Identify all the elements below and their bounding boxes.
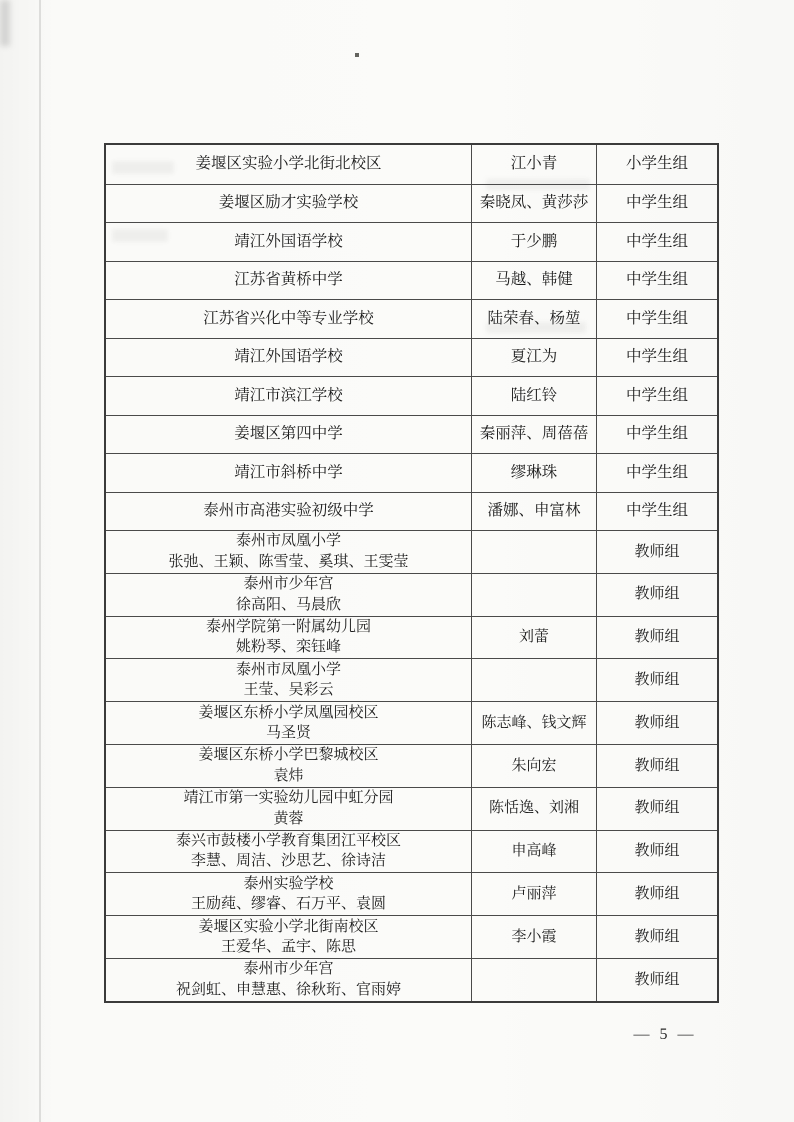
- group-label: 中学生组: [626, 463, 688, 483]
- group-cell: 中学生组: [597, 454, 717, 492]
- instructor-names: 秦丽萍、周蓓蓓: [480, 424, 589, 444]
- instructor-names: 潘娜、申富林: [487, 501, 580, 521]
- school-name: 靖江市斜桥中学: [234, 463, 343, 483]
- table-row: 江苏省黄桥中学马越、韩健中学生组: [106, 261, 717, 300]
- instructor-cell: 卢丽萍: [472, 873, 597, 915]
- table-row: 姜堰区东桥小学巴黎城校区袁炜朱向宏教师组: [106, 744, 717, 787]
- instructor-names: 马越、韩健: [495, 270, 573, 290]
- table-row: 泰州市凤凰小学王莹、吴彩云教师组: [106, 658, 717, 701]
- table-row: 江苏省兴化中等专业学校陆荣春、杨堃中学生组: [106, 299, 717, 338]
- school-cell: 姜堰区励才实验学校: [106, 185, 472, 223]
- instructor-cell: 秦丽萍、周蓓蓓: [472, 416, 597, 454]
- school-cell: 靖江外国语学校: [106, 339, 472, 377]
- instructor-cell: 陆红铃: [472, 377, 597, 415]
- school-cell: 靖江市第一实验幼儿园中虹分园黄蓉: [106, 788, 472, 830]
- group-cell: 教师组: [597, 659, 717, 701]
- scanned-document-page: 姜堰区实验小学北街北校区江小青小学生组姜堰区励才实验学校秦晓凤、黄莎莎中学生组靖…: [0, 0, 794, 1122]
- group-cell: 中学生组: [597, 223, 717, 261]
- group-label: 教师组: [634, 670, 679, 691]
- group-cell: 教师组: [597, 959, 717, 1001]
- school-cell: 泰州市凤凰小学王莹、吴彩云: [106, 659, 472, 701]
- school-cell: 泰州市少年宫徐高阳、马晨欣: [106, 574, 472, 616]
- school-name: 姜堰区东桥小学凤凰园校区: [198, 703, 378, 724]
- group-cell: 教师组: [597, 745, 717, 787]
- group-cell: 教师组: [597, 574, 717, 616]
- school-name: 姜堰区励才实验学校: [219, 193, 359, 213]
- school-name: 姜堰区东桥小学巴黎城校区: [198, 745, 378, 766]
- table-row: 靖江外国语学校于少鹏中学生组: [106, 222, 717, 261]
- group-cell: 中学生组: [597, 493, 717, 531]
- instructor-names: 朱向宏: [511, 756, 556, 777]
- instructor-cell: 夏江为: [472, 339, 597, 377]
- table-row: 泰州市少年宫祝剑虹、申慧惠、徐秋珩、官雨婷教师组: [106, 958, 717, 1001]
- group-cell: 中学生组: [597, 377, 717, 415]
- table-row: 姜堰区实验小学北街北校区江小青小学生组: [106, 145, 717, 184]
- member-names: 袁炜: [273, 766, 303, 787]
- school-name: 泰兴市鼓楼小学教育集团江平校区: [176, 831, 401, 852]
- group-label: 中学生组: [626, 270, 688, 290]
- group-cell: 教师组: [597, 531, 717, 573]
- group-label: 教师组: [634, 756, 679, 777]
- group-label: 中学生组: [626, 232, 688, 252]
- instructor-cell: 朱向宏: [472, 745, 597, 787]
- school-name: 靖江外国语学校: [234, 347, 343, 367]
- instructor-cell: 江小青: [472, 145, 597, 184]
- table-row: 靖江市第一实验幼儿园中虹分园黄蓉陈恬逸、刘湘教师组: [106, 787, 717, 830]
- member-names: 黄蓉: [273, 809, 303, 830]
- instructor-cell: 秦晓凤、黄莎莎: [472, 185, 597, 223]
- member-names: 张弛、王颖、陈雪莹、奚琪、王雯莹: [168, 552, 408, 573]
- school-name: 江苏省黄桥中学: [234, 270, 343, 290]
- group-label: 教师组: [634, 970, 679, 991]
- school-name: 泰州实验学校: [243, 874, 333, 895]
- table-row: 姜堰区励才实验学校秦晓凤、黄莎莎中学生组: [106, 184, 717, 223]
- school-name: 泰州市少年宫: [243, 574, 333, 595]
- instructor-names: 陆红铃: [511, 386, 558, 406]
- school-name: 靖江市滨江学校: [234, 386, 343, 406]
- instructor-cell: 陈志峰、钱文辉: [472, 702, 597, 744]
- instructor-names: 缪琳珠: [511, 463, 558, 483]
- table-row: 泰州学院第一附属幼儿园姚粉琴、栾钰峰刘蕾教师组: [106, 616, 717, 659]
- instructor-names: 申高峰: [511, 841, 556, 862]
- group-cell: 教师组: [597, 916, 717, 958]
- school-name: 姜堰区第四中学: [234, 424, 343, 444]
- scan-corner-shadow: [0, 0, 10, 46]
- instructor-cell: [472, 659, 597, 701]
- member-names: 李慧、周洁、沙思艺、徐诗洁: [191, 851, 386, 872]
- school-cell: 泰州市高港实验初级中学: [106, 493, 472, 531]
- school-name: 姜堰区实验小学北街北校区: [195, 154, 381, 174]
- instructor-names: 秦晓凤、黄莎莎: [480, 193, 589, 213]
- instructor-cell: [472, 531, 597, 573]
- instructor-names: 卢丽萍: [511, 884, 556, 905]
- school-name: 泰州市少年宫: [243, 959, 333, 980]
- instructor-cell: 李小霞: [472, 916, 597, 958]
- scan-fold-line: [39, 0, 41, 1122]
- school-cell: 姜堰区第四中学: [106, 416, 472, 454]
- instructor-names: 刘蕾: [519, 627, 549, 648]
- results-table: 姜堰区实验小学北街北校区江小青小学生组姜堰区励才实验学校秦晓凤、黄莎莎中学生组靖…: [104, 143, 719, 1003]
- member-names: 王莹、吴彩云: [243, 680, 333, 701]
- instructor-cell: 陈恬逸、刘湘: [472, 788, 597, 830]
- member-names: 祝剑虹、申慧惠、徐秋珩、官雨婷: [176, 980, 401, 1001]
- school-cell: 江苏省兴化中等专业学校: [106, 300, 472, 338]
- group-label: 教师组: [634, 884, 679, 905]
- school-name: 靖江市第一实验幼儿园中虹分园: [183, 788, 393, 809]
- scan-speck: [355, 53, 359, 57]
- instructor-cell: 刘蕾: [472, 617, 597, 659]
- school-cell: 靖江市斜桥中学: [106, 454, 472, 492]
- school-name: 泰州市凤凰小学: [236, 660, 341, 681]
- school-name: 泰州学院第一附属幼儿园: [206, 617, 371, 638]
- instructor-cell: [472, 959, 597, 1001]
- member-names: 马圣贤: [266, 723, 311, 744]
- instructor-cell: 陆荣春、杨堃: [472, 300, 597, 338]
- group-cell: 教师组: [597, 702, 717, 744]
- instructor-names: 陈志峰、钱文辉: [481, 713, 586, 734]
- table-row: 姜堰区第四中学秦丽萍、周蓓蓓中学生组: [106, 415, 717, 454]
- group-cell: 教师组: [597, 788, 717, 830]
- school-cell: 泰州实验学校王励莼、缪睿、石万平、袁圆: [106, 873, 472, 915]
- school-cell: 泰州市凤凰小学张弛、王颖、陈雪莹、奚琪、王雯莹: [106, 531, 472, 573]
- group-label: 教师组: [634, 841, 679, 862]
- group-cell: 中学生组: [597, 185, 717, 223]
- group-label: 教师组: [634, 798, 679, 819]
- group-cell: 中学生组: [597, 300, 717, 338]
- instructor-cell: 缪琳珠: [472, 454, 597, 492]
- group-label: 中学生组: [626, 501, 688, 521]
- school-name: 泰州市凤凰小学: [236, 531, 341, 552]
- instructor-names: 陈恬逸、刘湘: [489, 798, 579, 819]
- school-cell: 泰州学院第一附属幼儿园姚粉琴、栾钰峰: [106, 617, 472, 659]
- school-name: 姜堰区实验小学北街南校区: [198, 917, 378, 938]
- table-row: 泰州市少年宫徐高阳、马晨欣教师组: [106, 573, 717, 616]
- group-cell: 小学生组: [597, 145, 717, 184]
- group-cell: 中学生组: [597, 416, 717, 454]
- group-label: 中学生组: [626, 347, 688, 367]
- instructor-cell: 于少鹏: [472, 223, 597, 261]
- group-cell: 教师组: [597, 873, 717, 915]
- group-label: 教师组: [634, 713, 679, 734]
- member-names: 王爱华、孟宇、陈思: [221, 937, 356, 958]
- member-names: 徐高阳、马晨欣: [236, 595, 341, 616]
- group-cell: 教师组: [597, 831, 717, 873]
- school-cell: 姜堰区实验小学北街北校区: [106, 145, 472, 184]
- instructor-names: 陆荣春、杨堃: [487, 309, 580, 329]
- member-names: 姚粉琴、栾钰峰: [236, 637, 341, 658]
- table-row: 靖江市滨江学校陆红铃中学生组: [106, 376, 717, 415]
- instructor-cell: 马越、韩健: [472, 262, 597, 300]
- group-label: 教师组: [634, 584, 679, 605]
- table-row: 姜堰区东桥小学凤凰园校区马圣贤陈志峰、钱文辉教师组: [106, 701, 717, 744]
- group-label: 教师组: [634, 542, 679, 563]
- group-label: 中学生组: [626, 193, 688, 213]
- group-label: 中学生组: [626, 309, 688, 329]
- group-label: 小学生组: [626, 154, 688, 174]
- member-names: 王励莼、缪睿、石万平、袁圆: [191, 894, 386, 915]
- instructor-cell: 申高峰: [472, 831, 597, 873]
- instructor-names: 江小青: [511, 154, 558, 174]
- instructor-names: 李小霞: [511, 927, 556, 948]
- instructor-names: 夏江为: [511, 347, 558, 367]
- school-cell: 姜堰区东桥小学凤凰园校区马圣贤: [106, 702, 472, 744]
- school-cell: 泰兴市鼓楼小学教育集团江平校区李慧、周洁、沙思艺、徐诗洁: [106, 831, 472, 873]
- school-name: 靖江外国语学校: [234, 232, 343, 252]
- group-cell: 中学生组: [597, 262, 717, 300]
- group-label: 中学生组: [626, 386, 688, 406]
- instructor-cell: [472, 574, 597, 616]
- school-cell: 靖江市滨江学校: [106, 377, 472, 415]
- group-label: 教师组: [634, 927, 679, 948]
- school-cell: 泰州市少年宫祝剑虹、申慧惠、徐秋珩、官雨婷: [106, 959, 472, 1001]
- table-row: 泰州市凤凰小学张弛、王颖、陈雪莹、奚琪、王雯莹教师组: [106, 530, 717, 573]
- school-cell: 姜堰区实验小学北街南校区王爱华、孟宇、陈思: [106, 916, 472, 958]
- page-number: — 5 —: [618, 1026, 712, 1044]
- school-cell: 靖江外国语学校: [106, 223, 472, 261]
- group-cell: 中学生组: [597, 339, 717, 377]
- instructor-names: 于少鹏: [511, 232, 558, 252]
- school-cell: 江苏省黄桥中学: [106, 262, 472, 300]
- group-label: 教师组: [634, 627, 679, 648]
- group-cell: 教师组: [597, 617, 717, 659]
- table-row: 靖江外国语学校夏江为中学生组: [106, 338, 717, 377]
- group-label: 中学生组: [626, 424, 688, 444]
- table-row: 泰兴市鼓楼小学教育集团江平校区李慧、周洁、沙思艺、徐诗洁申高峰教师组: [106, 830, 717, 873]
- school-name: 江苏省兴化中等专业学校: [203, 309, 374, 329]
- instructor-cell: 潘娜、申富林: [472, 493, 597, 531]
- table-row: 姜堰区实验小学北街南校区王爱华、孟宇、陈思李小霞教师组: [106, 915, 717, 958]
- table-row: 靖江市斜桥中学缪琳珠中学生组: [106, 453, 717, 492]
- table-row: 泰州市高港实验初级中学潘娜、申富林中学生组: [106, 492, 717, 531]
- table-row: 泰州实验学校王励莼、缪睿、石万平、袁圆卢丽萍教师组: [106, 872, 717, 915]
- school-name: 泰州市高港实验初级中学: [203, 501, 374, 521]
- school-cell: 姜堰区东桥小学巴黎城校区袁炜: [106, 745, 472, 787]
